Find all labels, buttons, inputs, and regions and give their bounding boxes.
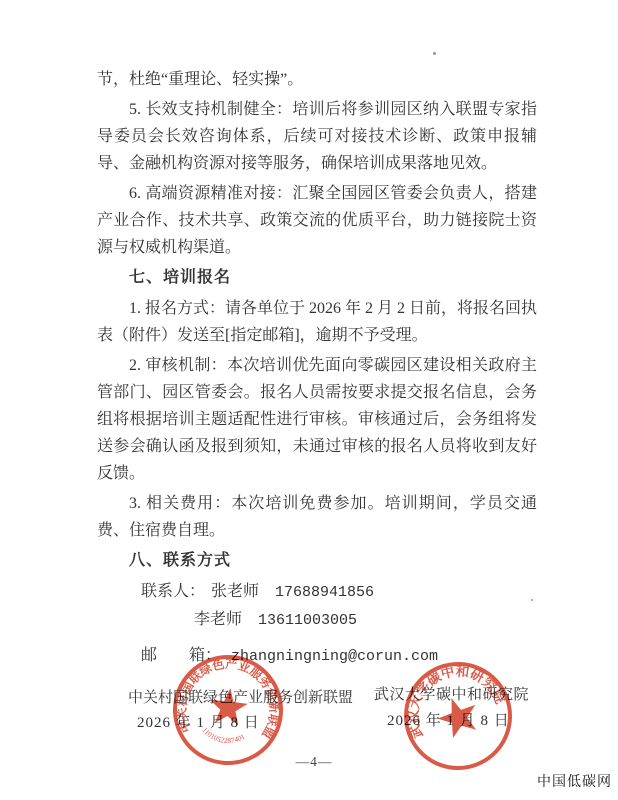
seal-number: 1101052287401 bbox=[199, 725, 248, 747]
contact-label: 联系人： bbox=[141, 583, 205, 600]
contact-person-1: 张老师 bbox=[211, 583, 259, 600]
seal-star-icon bbox=[208, 686, 250, 726]
paragraph-continuation: 节，杜绝“重理论、轻实操”。 bbox=[97, 66, 537, 93]
svg-text:1101052287401: 1101052287401 bbox=[199, 725, 248, 747]
seal-star-icon bbox=[433, 691, 484, 740]
contact-person-2: 李老师 bbox=[194, 611, 242, 628]
paragraph-signup-method: 1. 报名方式：请各单位于 2026 年 2 月 2 日前，将报名回执表（附件）… bbox=[97, 295, 537, 349]
paragraph-item-5: 5. 长效支持机制健全：培训后将参训园区纳入联盟专家指导委员会长效咨询体系，后续… bbox=[97, 96, 537, 177]
section-heading-7: 七、培训报名 bbox=[97, 264, 537, 291]
contact-line-1: 联系人：张老师17688941856 bbox=[97, 578, 537, 606]
paragraph-review-mechanism: 2. 审核机制：本次培训优先面向零碳园区建设相关政府主管部门、园区管委会。报名人… bbox=[97, 352, 537, 487]
site-watermark: 中国低碳网 bbox=[537, 771, 612, 791]
scan-speck bbox=[433, 52, 436, 55]
document-body: 节，杜绝“重理论、轻实操”。 5. 长效支持机制健全：培训后将参训园区纳入联盟专… bbox=[97, 66, 537, 670]
paragraph-fees: 3. 相关费用：本次培训免费参加。培训期间，学员交通费、住宿费自理。 bbox=[97, 490, 537, 544]
contact-phone-2: 13611003005 bbox=[258, 612, 357, 629]
contact-line-2: 李老师13611003005 bbox=[97, 606, 537, 634]
section-heading-8: 八、联系方式 bbox=[97, 547, 537, 574]
document-page: 节，杜绝“重理论、轻实操”。 5. 长效支持机制健全：培训后将参训园区纳入联盟专… bbox=[0, 0, 618, 800]
page-number: —4— bbox=[282, 754, 346, 770]
official-seal-left: 中关村国联绿色产业服务创新联盟 1101052287401 bbox=[165, 647, 290, 772]
paragraph-item-6: 6. 高端资源精准对接：汇聚全国园区管委会负责人，搭建产业合作、技术共享、政策交… bbox=[97, 180, 537, 261]
contact-phone-1: 17688941856 bbox=[275, 584, 374, 601]
